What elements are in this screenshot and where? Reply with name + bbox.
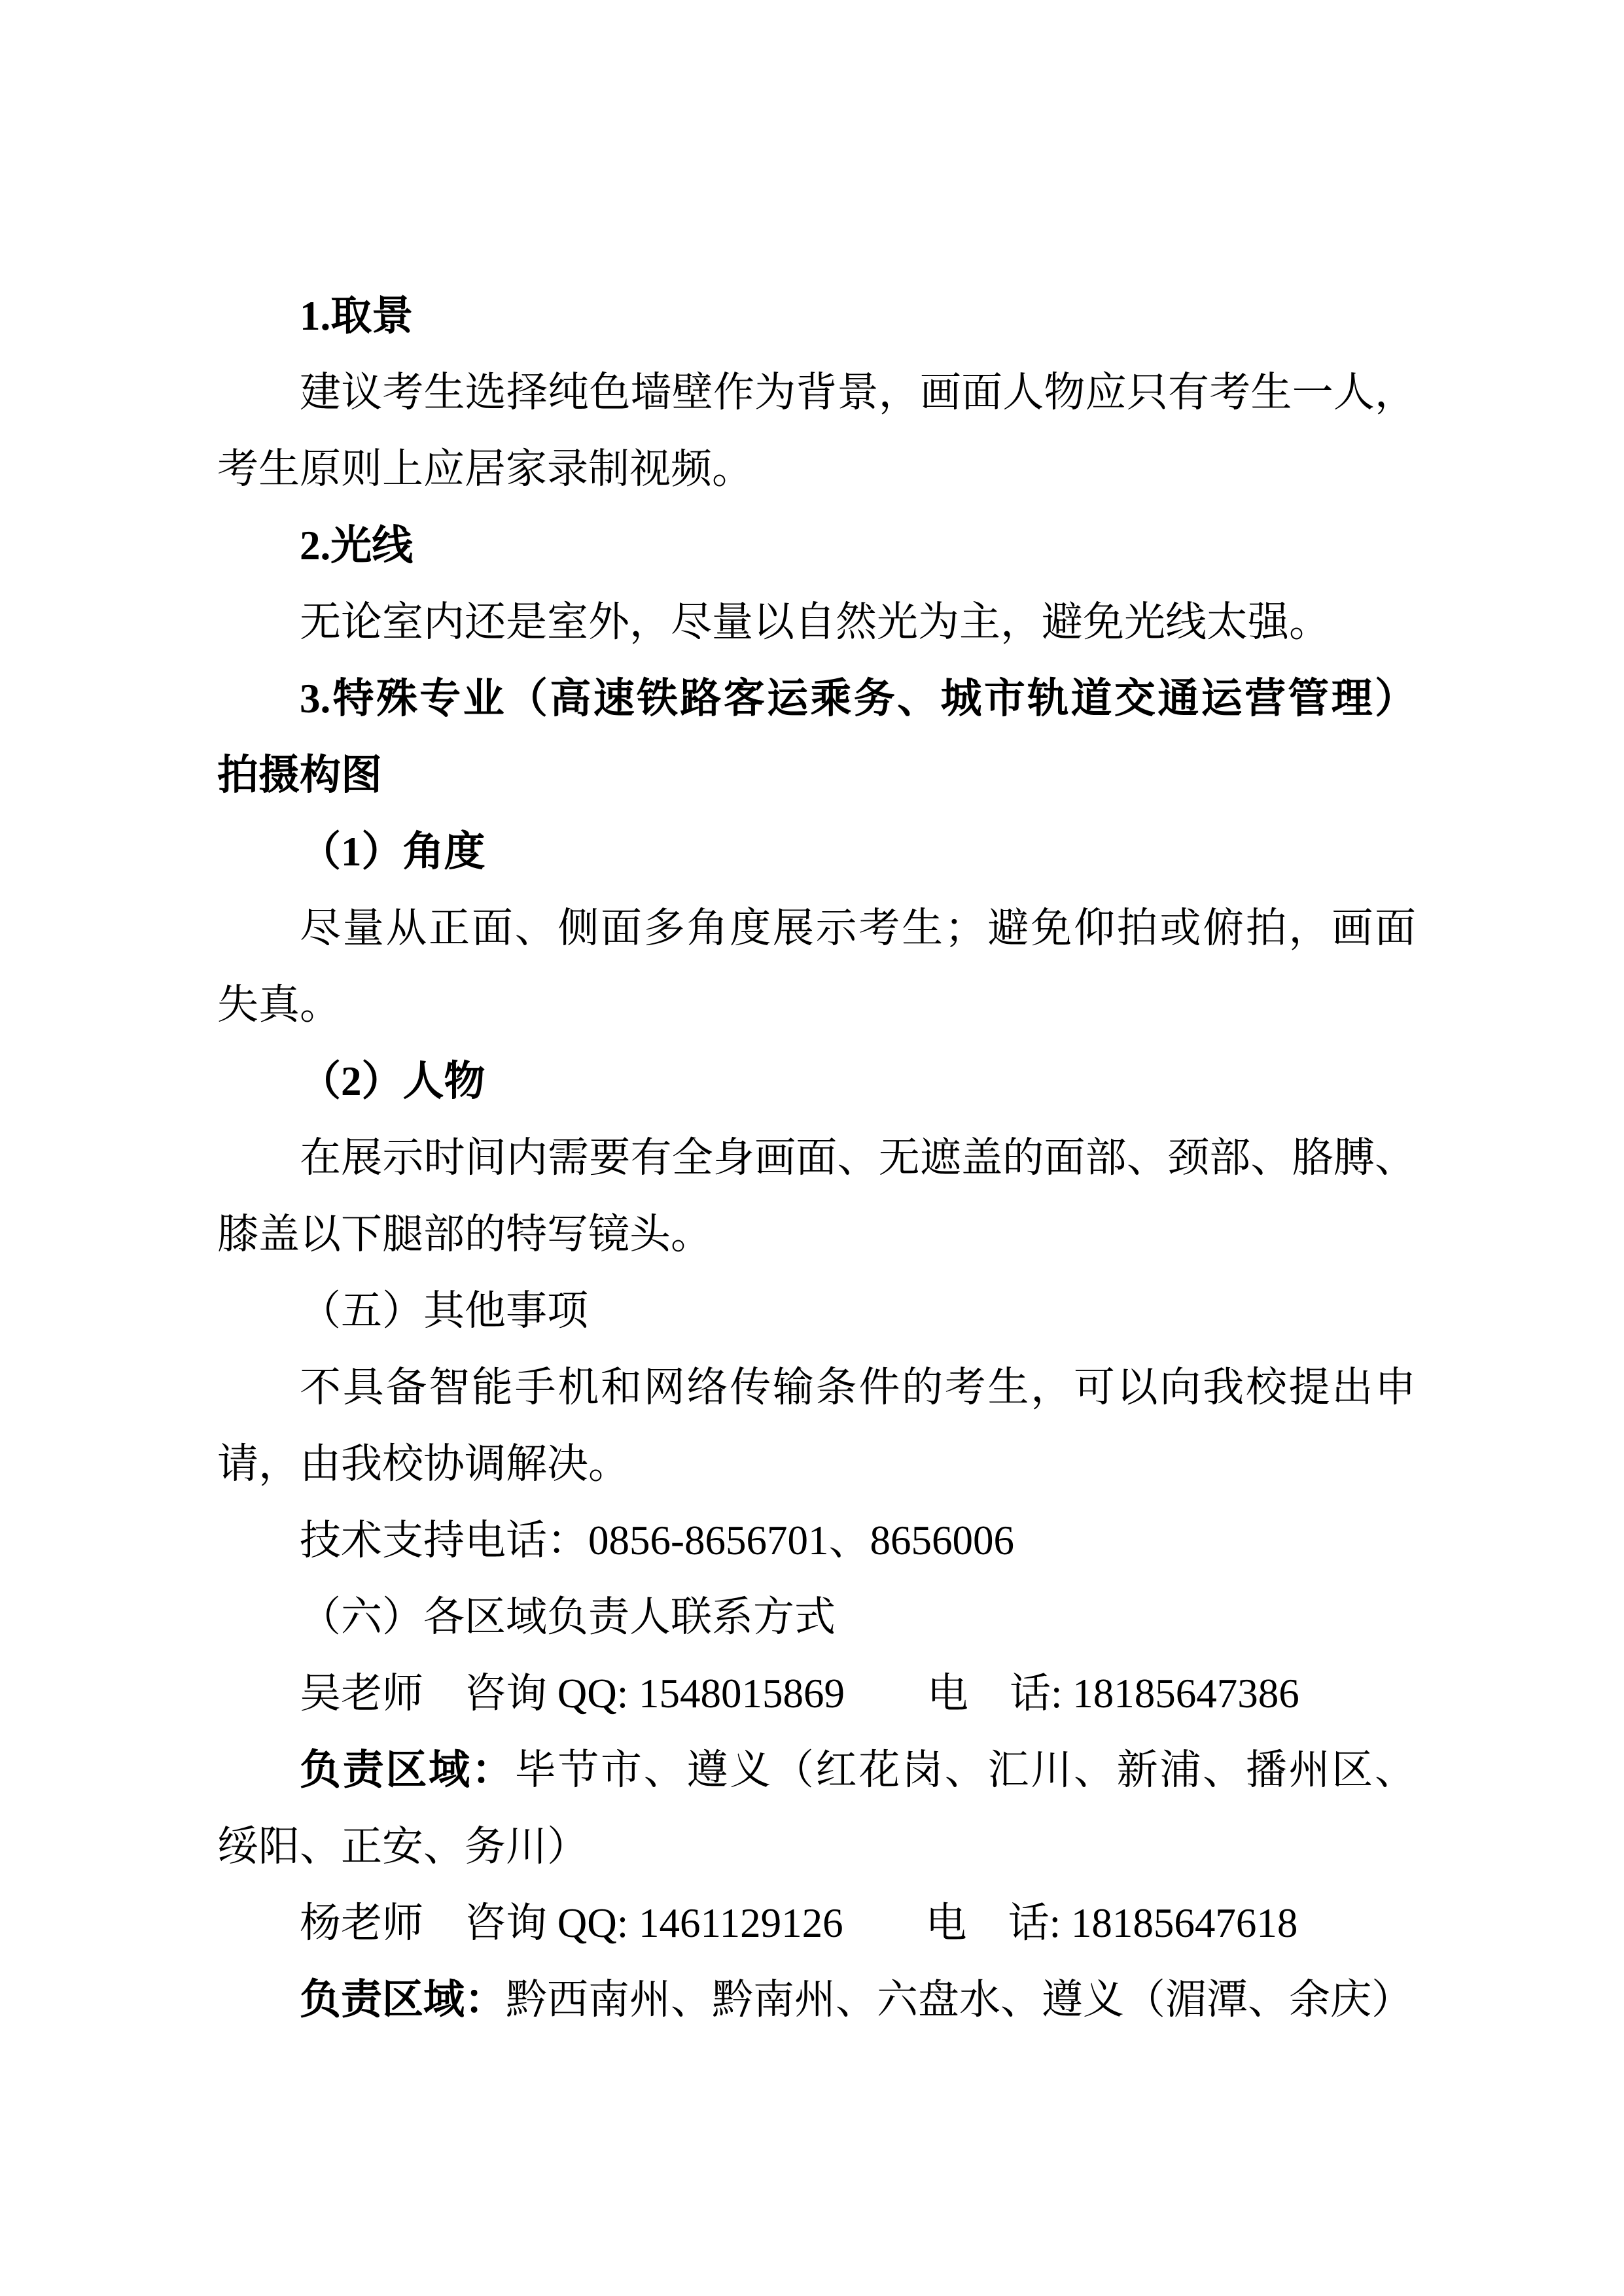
text-line: 失真。 bbox=[217, 967, 1416, 1043]
text-run-bold: 3.特殊专业（高速铁路客运乘务、城市轨道交通运营管理） bbox=[300, 676, 1416, 722]
text-run-bold: 负责区域： bbox=[300, 1977, 506, 2023]
text-run: （五）其他事项 bbox=[300, 1288, 588, 1334]
text-line: 负责区域：毕节市、遵义（红花岗、汇川、新浦、播州区、 bbox=[217, 1732, 1416, 1809]
text-run: 杨老师 咨询 QQ: 1461129126 电 话: 18185647618 bbox=[300, 1900, 1297, 1946]
document-page: 1.取景建议考生选择纯色墙壁作为背景，画面人物应只有考生一人，考生原则上应居家录… bbox=[0, 0, 1624, 2296]
text-run: 不具备智能手机和网络传输条件的考生，可以向我校提出申 bbox=[300, 1365, 1416, 1410]
text-run-bold: 1.取景 bbox=[300, 293, 413, 339]
text-run-bold: 负责区域： bbox=[300, 1747, 515, 1793]
text-line: 考生原则上应居家录制视频。 bbox=[217, 431, 1416, 508]
text-line: 在展示时间内需要有全身画面、无遮盖的面部、颈部、胳膊、 bbox=[217, 1120, 1416, 1196]
text-line: 膝盖以下腿部的特写镜头。 bbox=[217, 1196, 1416, 1273]
text-line: 杨老师 咨询 QQ: 1461129126 电 话: 18185647618 bbox=[217, 1885, 1416, 1962]
text-line: 技术支持电话：0856-8656701、8656006 bbox=[217, 1503, 1416, 1579]
text-line: （2）人物 bbox=[217, 1043, 1416, 1120]
text-line: （1）角度 bbox=[217, 814, 1416, 890]
text-run: 请，由我校协调解决。 bbox=[217, 1441, 629, 1487]
text-line: 尽量从正面、侧面多角度展示考生；避免仰拍或俯拍，画面 bbox=[217, 890, 1416, 967]
text-run: 技术支持电话：0856-8656701、8656006 bbox=[300, 1518, 1014, 1563]
text-line: 不具备智能手机和网络传输条件的考生，可以向我校提出申 bbox=[217, 1349, 1416, 1426]
text-run: 无论室内还是室外，尽量以自然光为主，避免光线太强。 bbox=[300, 599, 1330, 645]
text-line: （六）各区域负责人联系方式 bbox=[217, 1579, 1416, 1656]
text-run: 考生原则上应居家录制视频。 bbox=[217, 446, 753, 492]
text-run: 吴老师 咨询 QQ: 1548015869 电 话: 18185647386 bbox=[300, 1671, 1299, 1716]
text-line: （五）其他事项 bbox=[217, 1273, 1416, 1349]
text-run: 在展示时间内需要有全身画面、无遮盖的面部、颈部、胳膊、 bbox=[300, 1135, 1416, 1181]
text-line: 1.取景 bbox=[217, 278, 1416, 355]
text-line: 吴老师 咨询 QQ: 1548015869 电 话: 18185647386 bbox=[217, 1656, 1416, 1732]
text-run: 绥阳、正安、务川） bbox=[217, 1824, 588, 1870]
document-body: 1.取景建议考生选择纯色墙壁作为背景，画面人物应只有考生一人，考生原则上应居家录… bbox=[217, 278, 1416, 2038]
text-line: 请，由我校协调解决。 bbox=[217, 1426, 1416, 1503]
text-line: 绥阳、正安、务川） bbox=[217, 1809, 1416, 1885]
text-run-bold: （2）人物 bbox=[300, 1058, 485, 1104]
text-line: 2.光线 bbox=[217, 508, 1416, 584]
text-run-bold: （1）角度 bbox=[300, 829, 485, 875]
text-line: 负责区域：黔西南州、黔南州、六盘水、遵义（湄潭、余庆） bbox=[217, 1962, 1416, 2038]
text-run: （六）各区域负责人联系方式 bbox=[300, 1594, 836, 1640]
text-run: 建议考生选择纯色墙壁作为背景，画面人物应只有考生一人， bbox=[300, 370, 1416, 415]
text-run: 膝盖以下腿部的特写镜头。 bbox=[217, 1211, 712, 1257]
text-run: 尽量从正面、侧面多角度展示考生；避免仰拍或俯拍，画面 bbox=[300, 905, 1416, 951]
text-run: 毕节市、遵义（红花岗、汇川、新浦、播州区、 bbox=[515, 1747, 1416, 1793]
text-line: 拍摄构图 bbox=[217, 737, 1416, 814]
text-line: 无论室内还是室外，尽量以自然光为主，避免光线太强。 bbox=[217, 584, 1416, 661]
text-line: 3.特殊专业（高速铁路客运乘务、城市轨道交通运营管理） bbox=[217, 661, 1416, 737]
text-run: 失真。 bbox=[217, 982, 341, 1028]
text-run-bold: 2.光线 bbox=[300, 523, 413, 568]
text-line: 建议考生选择纯色墙壁作为背景，画面人物应只有考生一人， bbox=[217, 355, 1416, 431]
text-run-bold: 拍摄构图 bbox=[217, 752, 382, 798]
text-run: 黔西南州、黔南州、六盘水、遵义（湄潭、余庆） bbox=[506, 1977, 1413, 2023]
